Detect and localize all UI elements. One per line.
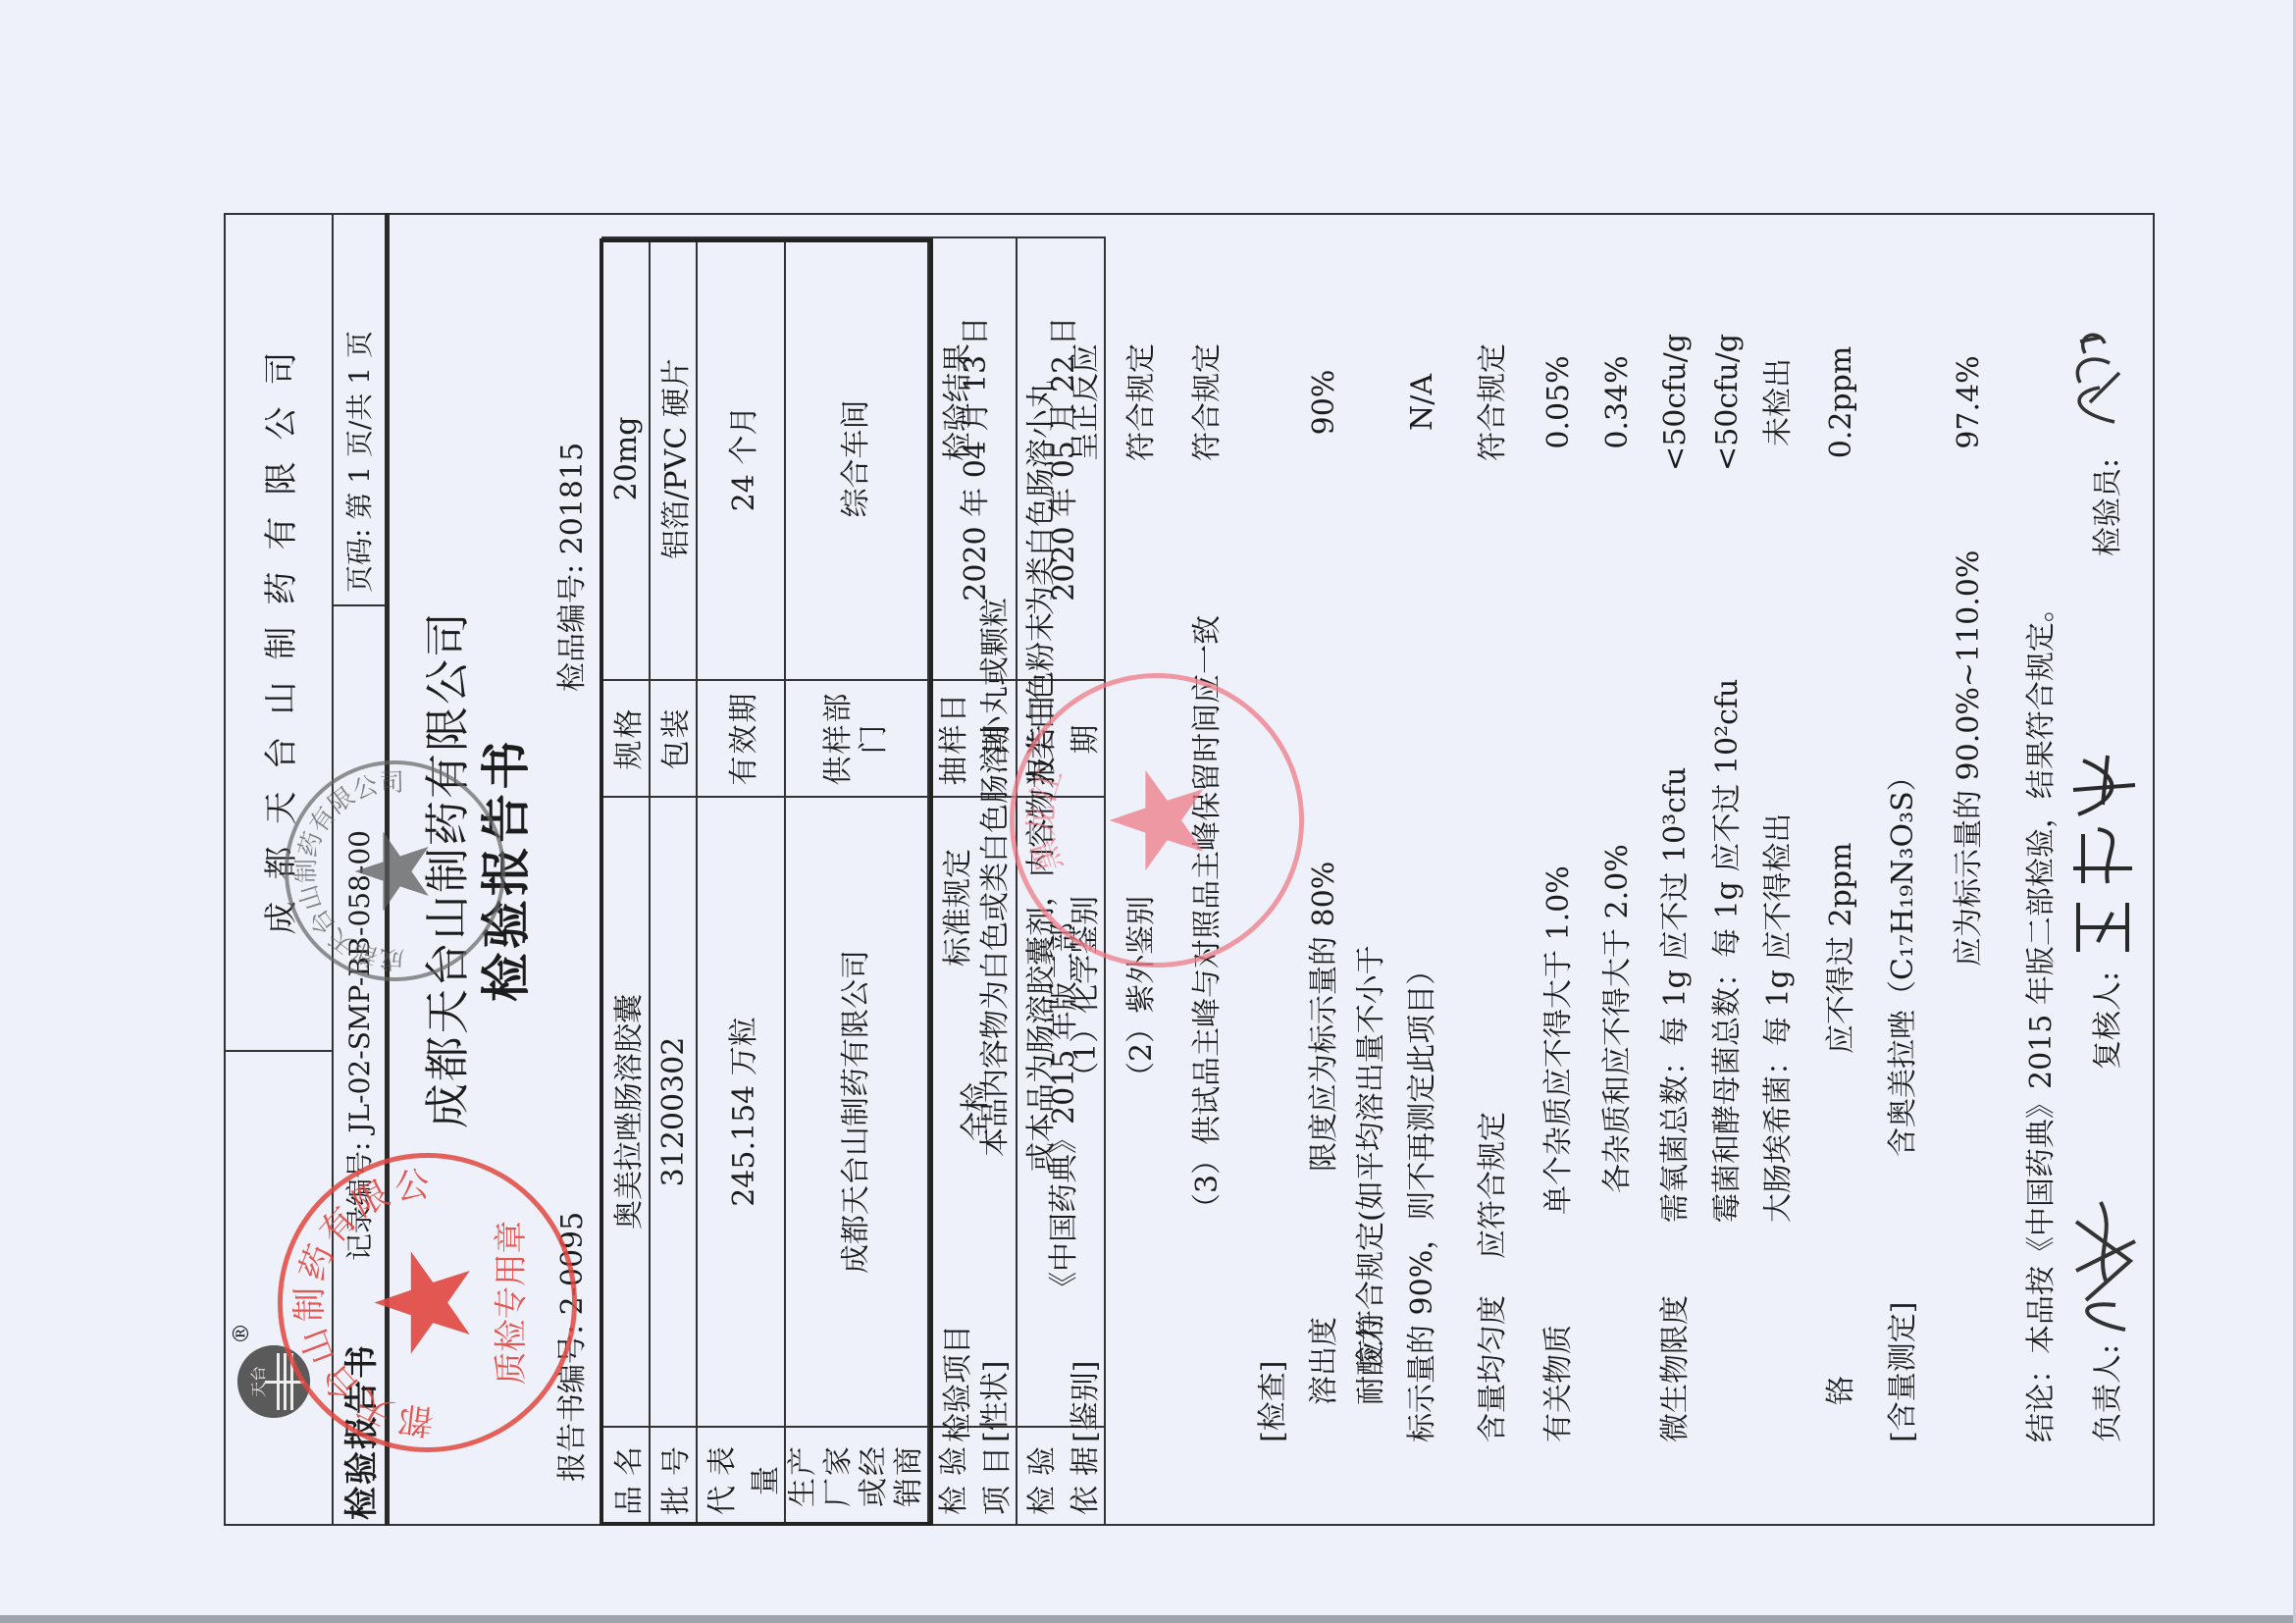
conclusion: 结论：本品按《中国药典》2015 年版二部检验，结果符合规定。 — [2024, 593, 2060, 1442]
info-label: 包装 — [650, 680, 697, 797]
report-number: 报告书编号: 2-0095 — [548, 1212, 591, 1482]
test-result: 0.05% — [1541, 216, 1577, 589]
test-result: 符合规定 — [1124, 216, 1160, 589]
company-logo-icon: 天台 — [237, 1345, 310, 1418]
header-company-name: 成都天台山制药有限公司 — [224, 213, 332, 1052]
info-value: 奥美拉唑肠溶胶囊 — [602, 797, 650, 1427]
test-standard: （1）化学鉴别 — [1069, 896, 1104, 1091]
info-label: 生产厂家或经销商 — [785, 1427, 928, 1525]
info-label: 代表量 — [697, 1427, 785, 1525]
test-standard: 或本品为肠溶胶囊剂，内容物为类白色粉末 — [1024, 612, 1060, 1172]
info-row: 生产厂家或经销商成都天台山制药有限公司供样部门综合车间 — [785, 237, 928, 1525]
header-form-label: 检验报告书 — [332, 1294, 385, 1520]
test-standard: 应不得过 2ppm — [1824, 843, 1859, 1054]
test-item: 微生物限度 — [1658, 1295, 1694, 1442]
info-row: 品名奥美拉唑肠溶胶囊规格20mg — [602, 237, 650, 1525]
report-title: 检验报告书 — [467, 213, 538, 1526]
test-standard: 单个杂质应不得大于 1.0% — [1541, 865, 1577, 1215]
test-result: <50cfu/g — [1658, 216, 1694, 589]
record-number: 记录编号: JL-02-SMP-BB-058-00 — [332, 606, 385, 1290]
test-result: 符合规定 — [1476, 216, 1511, 589]
registered-mark: ® — [230, 1323, 254, 1344]
inspector-label: 检验员: — [2091, 458, 2126, 556]
test-result: 呈正反应 — [1069, 216, 1104, 589]
test-result: 0.2ppm — [1824, 216, 1859, 589]
responsible-label: 负责人: — [2091, 1344, 2126, 1442]
header-logo-cell: 天台 ® — [224, 1052, 332, 1526]
info-value: 铝箔/PVC 硬片 — [650, 237, 697, 680]
info-row: 代表量245.154 万粒有效期24 个月 — [697, 237, 785, 1525]
test-standard: 应符合规定(如平均溶出量不小于 — [1354, 945, 1389, 1369]
info-value: 成都天台山制药有限公司 — [785, 797, 928, 1427]
svg-text:天台: 天台 — [249, 1366, 268, 1397]
test-result: 为类白色肠溶小丸 — [1024, 380, 1060, 615]
test-standard: 本品内容物为白色或类白色肠溶小丸或颗粒 — [978, 598, 1014, 1157]
test-standard: 限度应为标示量的 80% — [1307, 862, 1342, 1172]
info-label: 供样部门 — [785, 680, 928, 797]
test-standard: 大肠埃希菌：每 1g 应不得检出 — [1761, 813, 1797, 1223]
test-result: 97.4% — [1952, 216, 1987, 589]
col-header-item: 检验项目 — [941, 1325, 976, 1442]
test-item: [含量测定] — [1886, 1302, 1921, 1442]
info-row: 批号31200302包装铝箔/PVC 硬片 — [650, 237, 697, 1525]
test-result: 0.34% — [1600, 216, 1636, 589]
info-value: 31200302 — [650, 797, 697, 1427]
col-header-result: 检验结果 — [941, 216, 976, 589]
test-item: 有关物质 — [1541, 1325, 1577, 1442]
col-header-standard: 标准规定 — [941, 849, 976, 967]
test-standard: 标示量的 90%，则不再测定此项目） — [1405, 956, 1440, 1442]
test-item: [性状] — [978, 1361, 1014, 1442]
test-item: 含量均匀度 — [1476, 1295, 1511, 1442]
info-value: 综合车间 — [785, 237, 928, 680]
scanner-edge — [0, 1615, 2296, 1623]
test-standard: 需氧菌总数：每 1g 应不过 10³cfu — [1658, 767, 1694, 1223]
test-item: 铬 — [1824, 1376, 1859, 1405]
test-result: 90% — [1307, 216, 1342, 589]
test-result: 符合规定 — [1190, 216, 1226, 589]
info-value: 20mg — [602, 237, 650, 680]
test-result: 未检出 — [1761, 216, 1797, 589]
header-bottom-rule — [385, 213, 390, 1526]
info-label: 品名 — [602, 1427, 650, 1525]
test-standard: 霉菌和酵母菌总数：每 1g 应不过 10²cfu — [1710, 679, 1746, 1223]
test-result: <50cfu/g — [1710, 216, 1746, 589]
test-standard: （3）供试品主峰与对照品主峰保留时间应一致 — [1190, 615, 1226, 1223]
inspection-report-document: 天台 ® 成都天台山制药有限公司 检验报告书 记录编号: JL-02-SMP-B… — [224, 213, 2155, 1526]
test-result: N/A — [1405, 216, 1440, 589]
test-standard: 应符合规定 — [1476, 1112, 1511, 1259]
test-item: [鉴别] — [1069, 1361, 1104, 1442]
reviewer-label: 复核人: — [2091, 971, 2126, 1070]
sample-number: 检品编号: 201815 — [548, 443, 591, 692]
info-label: 有效期 — [697, 680, 785, 797]
page-number: 页码: 第 1 页/共 1 页 — [332, 213, 385, 606]
info-label: 规格 — [602, 680, 650, 797]
test-item: 溶出度 — [1307, 1317, 1342, 1405]
info-value: 245.154 万粒 — [697, 797, 785, 1427]
test-item: [检查] — [1256, 1361, 1291, 1442]
test-standard: 各杂质和应不得大于 2.0% — [1600, 844, 1636, 1193]
test-standard: 应为标示量的 90.0%~110.0% — [1952, 550, 1987, 967]
info-value: 24 个月 — [697, 237, 785, 680]
info-label: 批号 — [650, 1427, 697, 1525]
test-standard: 含奥美拉唑（C₁₇H₁₉N₃O₃S） — [1886, 761, 1921, 1157]
test-standard: （2）紫外鉴别 — [1124, 896, 1160, 1091]
